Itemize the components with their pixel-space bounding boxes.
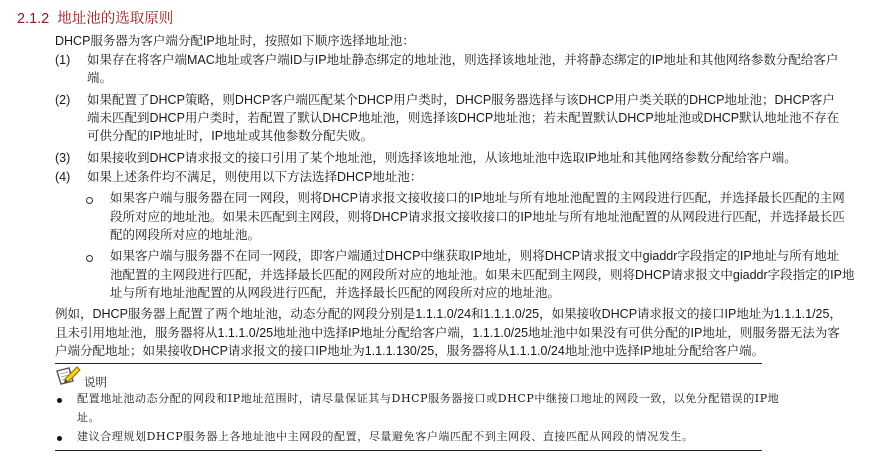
note-title: 说明 (84, 374, 107, 390)
item-1-line-1: 如果存在将客户端MAC地址或客户端ID与IP地址静态绑定的地址池，则选择该地址池… (87, 52, 838, 69)
circle-bullet-icon (86, 197, 93, 204)
item-3-line-1: 如果接收到DHCP请求报文的接口引用了某个地址池，则选择该地址池，从该地址池中选… (87, 150, 797, 167)
section-number: 2.1.2 (17, 11, 49, 27)
item-1-line-2: 端。 (87, 70, 112, 87)
circle-bullet-icon (86, 255, 93, 262)
example-line-1: 例如，DHCP服务器上配置了两个地址池，动态分配的网段分别是1.1.1.0/24… (55, 306, 842, 323)
subitem-2-line-2: 池配置的主网段进行匹配，并选择最长匹配的网段所对应的地址池。如果未匹配到主网段，… (110, 267, 854, 284)
item-4-line-1: 如果上述条件均不满足，则使用以下方法选择DHCP地址池： (87, 169, 422, 186)
item-marker-3: (3) (55, 150, 70, 167)
subitem-2-line-1: 如果客户端与服务器不在同一网段，即客户端通过DHCP中继获取IP地址，则将DHC… (110, 248, 839, 265)
item-2-line-2: 端未匹配到DHCP用户类时，若配置了默认DHCP地址池，则选择该DHCP地址池；… (87, 110, 839, 127)
item-marker-4: (4) (55, 169, 70, 186)
item-2-line-3: 可供分配的IP地址时，IP地址或其他参数分配失败。 (87, 128, 373, 145)
section-title: 地址池的选取原则 (57, 11, 173, 27)
note-pencil-icon (55, 365, 81, 387)
note-bullet-1-line-2: 址。 (77, 409, 100, 426)
section-heading: 2.1.2地址池的选取原则 (17, 7, 173, 28)
item-marker-2: (2) (55, 92, 70, 109)
subitem-1-line-1: 如果客户端与服务器在同一网段，则将DHCP请求报文接收接口的IP地址与所有地址池… (110, 190, 845, 207)
bullet-dot-icon (57, 398, 62, 403)
subitem-2-line-3: 址与所有地址池配置的从网段进行匹配，并选择最长匹配的网段所对应的地址池。 (110, 285, 560, 302)
note-bullet-2-line-1: 建议合理规划DHCP服务器上各地址池中主网段的配置，尽量避免客户端匹配不到主网段… (77, 428, 694, 445)
subitem-1-line-2: 段所对应的地址池。如果未匹配到主网段，则将DHCP请求报文接收接口的IP地址与所… (110, 209, 845, 226)
item-2-line-1: 如果配置了DHCP策略，则DHCP客户端匹配某个DHCP用户类时，DHCP服务器… (87, 92, 835, 109)
example-line-3: 户端分配地址；如果接收DHCP请求报文的接口IP地址为1.1.1.130/25，… (55, 343, 764, 360)
note-bottom-rule (55, 450, 762, 451)
note-bullet-1-line-1: 配置地址池动态分配的网段和IP地址范围时，请尽量保证其与DHCP服务器接口或DH… (77, 390, 779, 407)
note-top-rule (55, 363, 762, 364)
bullet-dot-icon (57, 436, 62, 441)
intro-text: DHCP服务器为客户端分配IP地址时，按照如下顺序选择地址池： (55, 33, 415, 50)
example-line-2: 且未引用地址池，服务器将从1.1.1.0/25地址池中选择IP地址分配给客户端，… (55, 325, 840, 342)
subitem-1-line-3: 配的网段所对应的地址池。 (110, 227, 260, 244)
item-marker-1: (1) (55, 52, 70, 69)
